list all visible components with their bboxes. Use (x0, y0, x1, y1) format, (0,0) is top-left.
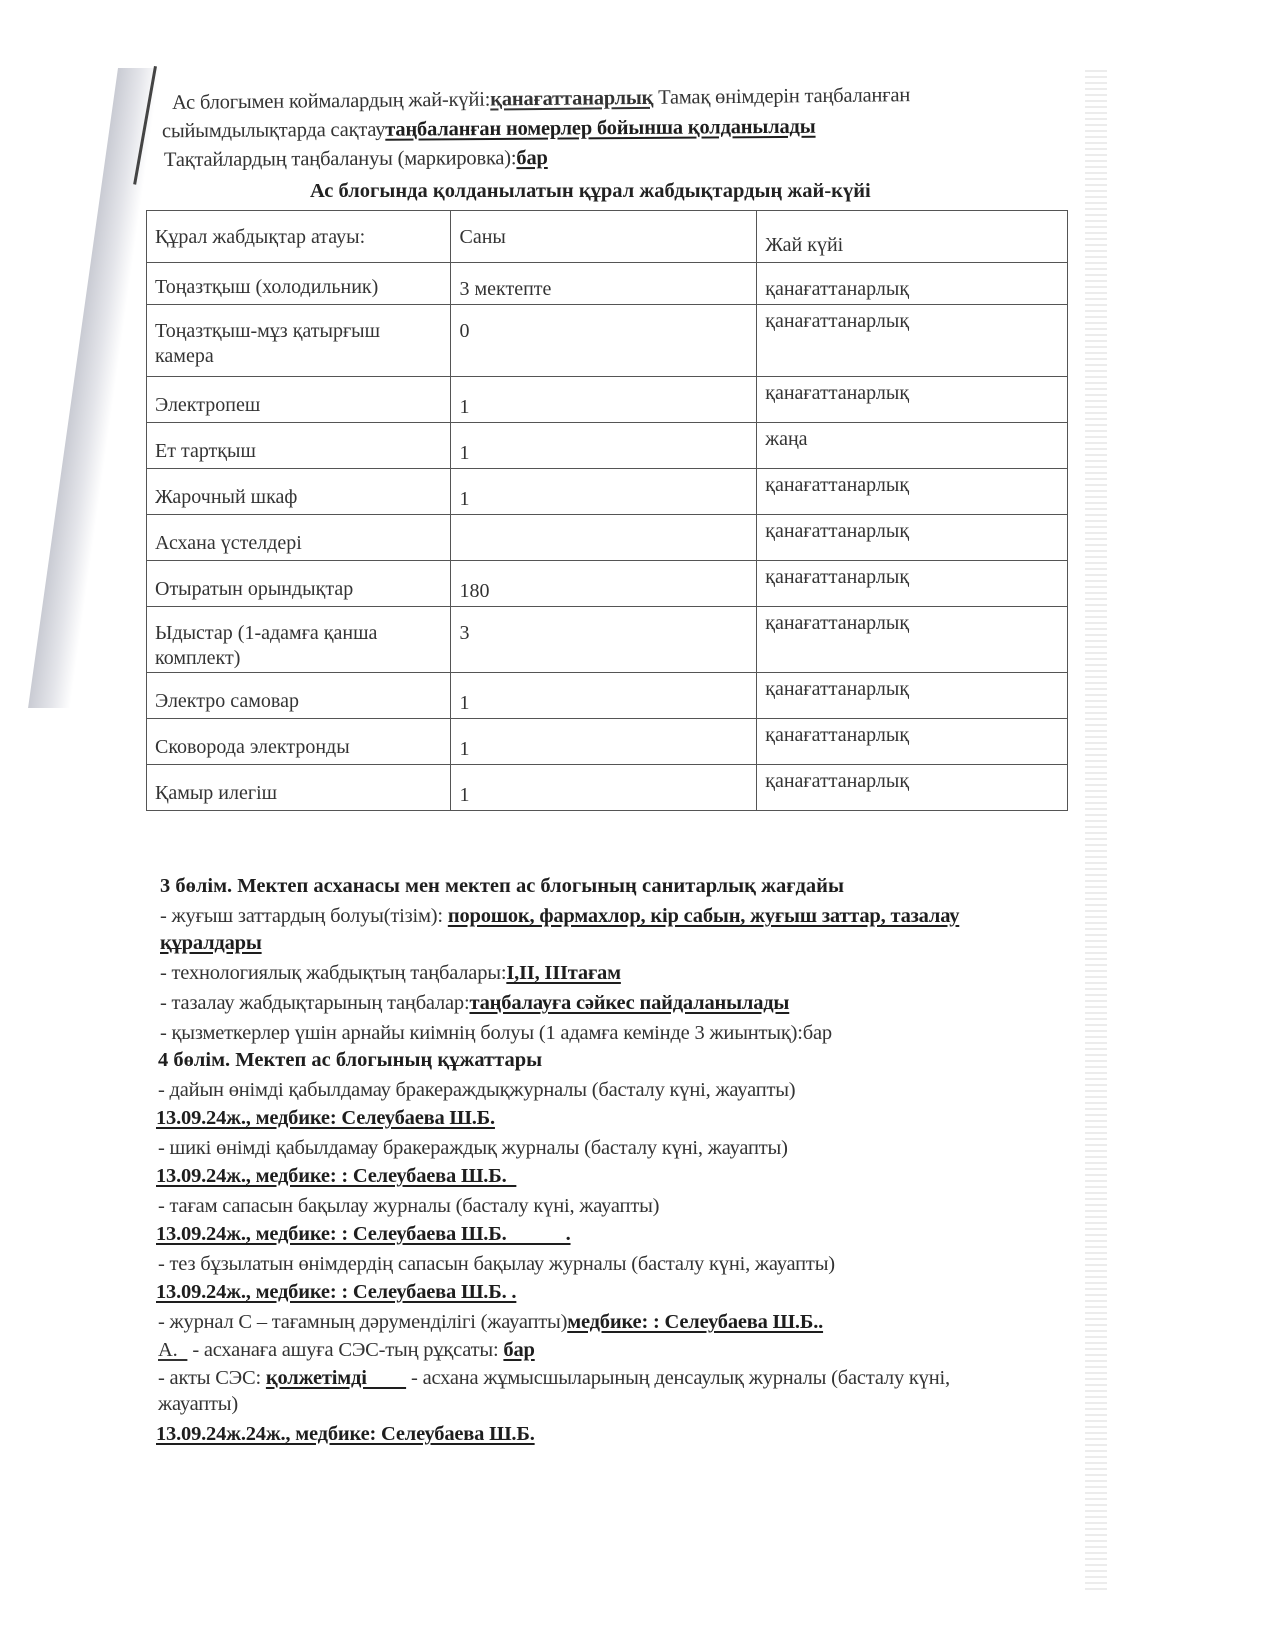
equipment-qty: 1 (451, 765, 757, 811)
cleaning-marking-label: - тазалау жабдықтарының таңбалар: (160, 992, 469, 1014)
equipment-name: Электро самовар (147, 673, 451, 719)
equipment-table: Құрал жабдықтар атауы: Саны Жай күйі Тоң… (146, 210, 1068, 811)
equipment-name: Асхана үстелдері (147, 515, 451, 561)
equipment-table-title: Ас блогында қолданылатын құрал жабдықтар… (310, 180, 871, 203)
detergents-value-cont: құралдары (160, 932, 262, 954)
equipment-qty: 1 (451, 719, 757, 765)
ses-act-value: қолжетімді (266, 1367, 406, 1389)
table-header-row: Құрал жабдықтар атауы: Саны Жай күйі (147, 211, 1068, 263)
equipment-name: Электропеш (147, 377, 451, 423)
ses-permit-prefix: А. (158, 1339, 187, 1361)
ses-permit-value: бар (503, 1339, 534, 1361)
equipment-state: қанағаттанарлық (757, 515, 1068, 561)
equipment-state: қанағаттанарлық (757, 377, 1068, 423)
scan-page-fold-shadow (28, 68, 160, 708)
equipment-state: қанағаттанарлық (757, 719, 1068, 765)
tech-marking-label: - технологиялық жабдықтың таңбалары: (160, 962, 506, 984)
doc-ses-permit: А. - асханаға ашуға СЭС-тың рұқсаты: бар (158, 1337, 535, 1363)
equipment-state: қанағаттанарлық (757, 305, 1068, 377)
header-state: Жай күйі (757, 211, 1068, 263)
equipment-state: қанағаттанарлық (757, 469, 1068, 515)
doc-raw-product-value: 13.09.24ж., медбике: : Селеубаева Ш.Б. (156, 1163, 516, 1189)
equipment-name: Ет тартқыш (147, 423, 451, 469)
equipment-name: Отыратын орындықтар (147, 561, 451, 607)
tech-marking-value: I,II, IIIтағам (506, 962, 621, 984)
section-4-title: 4 бөлім. Мектеп ас блогының құжаттары (158, 1049, 542, 1072)
equipment-qty: 1 (451, 673, 757, 719)
vitamin-label: - журнал С – тағамның дәрумендiлiгi (жау… (158, 1311, 567, 1333)
perishable-value: 13.09.24ж., медбике: : Селеубаева Ш.Б. . (156, 1281, 516, 1303)
equipment-name: Ыдыстар (1-адамға қанша комплект) (147, 607, 451, 673)
equipment-name: Жарочный шкаф (147, 469, 451, 515)
containers-value: таңбаланған номерлер бойынша қолданылады (385, 116, 815, 141)
table-row: Қамыр илегіш1қанағаттанарлық (147, 765, 1068, 811)
equipment-qty: 1 (451, 377, 757, 423)
section3-cleaning-marking: - тазалау жабдықтарының таңбалар:таңбала… (160, 990, 789, 1016)
equipment-state: қанағаттанарлық (757, 765, 1068, 811)
boards-label: Тақтайлардың таңбалануы (маркировка): (164, 147, 517, 171)
boards-value: бар (516, 147, 547, 169)
table-row: Электро самовар1қанағаттанарлық (147, 673, 1068, 719)
doc-ses-act-cont: жауапты) (158, 1391, 238, 1417)
section3-tech-marking: - технологиялық жабдықтың таңбалары:I,II… (160, 960, 621, 986)
storage-value: қанағаттанарлық (490, 87, 653, 111)
table-row: Ет тартқыш1жаңа (147, 423, 1068, 469)
equipment-name: Сковорода электронды (147, 719, 451, 765)
doc-perishable-label: - тез бұзылатын өнімдердің сапасын бақыл… (158, 1251, 835, 1277)
table-row: Тоңазтқыш-мұз қатырғыш камера0қанағаттан… (147, 305, 1068, 377)
doc-raw-product-label: - шикі өнімді қабылдамау бракераждық жур… (158, 1135, 788, 1161)
section3-detergents-cont: құралдары (160, 930, 262, 956)
ready-product-value: 13.09.24ж., медбике: Селеубаева Ш.Б. (156, 1107, 495, 1129)
doc-ready-product-label: - дайын өнімді қабылдамау бракераждықжур… (158, 1077, 795, 1103)
cleaning-marking-value: таңбалауға сәйкес пайдаланылады (469, 992, 789, 1014)
equipment-state: қанағаттанарлық (757, 561, 1068, 607)
intro-line-storage: Ас блогымен коймалардың жай-күйі:қанағат… (172, 82, 910, 116)
containers-label: сыйымдылықтарда сақтау (162, 119, 385, 143)
doc-health-journal-value: 13.09.24ж.24ж., медбике: Селеубаева Ш.Б. (156, 1421, 535, 1447)
food-quality-value: 13.09.24ж., медбике: : Селеубаева Ш.Б. . (156, 1223, 571, 1245)
equipment-qty: 180 (451, 561, 757, 607)
vitamin-value: медбике: : Селеубаева Ш.Б.. (567, 1311, 823, 1333)
ses-act-label: - акты СЭС: (158, 1367, 266, 1389)
health-journal-value: 13.09.24ж.24ж., медбике: Селеубаева Ш.Б. (156, 1423, 535, 1445)
equipment-qty: 3 (451, 607, 757, 673)
equipment-name: Қамыр илегіш (147, 765, 451, 811)
health-journal-label: - асхана жұмысшыларының денсаулық журнал… (406, 1367, 950, 1389)
table-row: Ыдыстар (1-адамға қанша комплект)3қанаға… (147, 607, 1068, 673)
header-qty: Саны (451, 211, 757, 263)
table-row: Отыратын орындықтар180қанағаттанарлық (147, 561, 1068, 607)
workwear-label: - қызметкерлер үшін арнайы киімнің болуы… (160, 1022, 803, 1044)
equipment-name: Тоңазтқыш-мұз қатырғыш камера (147, 305, 451, 377)
doc-ready-product-value: 13.09.24ж., медбике: Селеубаева Ш.Б. (156, 1105, 495, 1131)
storage-tail: Тамақ өнімдерін таңбаланған (653, 84, 910, 109)
ses-permit-label: - асханаға ашуға СЭС-тың рұқсаты: (187, 1339, 503, 1361)
section3-workwear: - қызметкерлер үшін арнайы киімнің болуы… (160, 1020, 832, 1046)
equipment-qty (451, 515, 757, 561)
doc-food-quality-label: - тағам сапасын бақылау журналы (басталу… (158, 1193, 659, 1219)
equipment-state: қанағаттанарлық (757, 263, 1068, 305)
equipment-qty: 1 (451, 423, 757, 469)
intro-line-containers: сыйымдылықтарда сақтаутаңбаланған номерл… (162, 114, 816, 145)
doc-ses-act: - акты СЭС: қолжетімді - асхана жұмысшыл… (158, 1365, 950, 1391)
detergents-value: порошок, фармахлор, кір сабын, жуғыш зат… (448, 905, 959, 927)
workwear-value: бар (803, 1022, 832, 1044)
equipment-qty: 3 мектепте (451, 263, 757, 305)
intro-line-boards: Тақтайлардың таңбалануы (маркировка):бар (164, 145, 548, 173)
doc-perishable-value: 13.09.24ж., медбике: : Селеубаева Ш.Б. . (156, 1279, 516, 1305)
table-row: Сковорода электронды1қанағаттанарлық (147, 719, 1068, 765)
equipment-qty: 1 (451, 469, 757, 515)
equipment-state: қанағаттанарлық (757, 673, 1068, 719)
section-3-title: 3 бөлім. Мектеп асханасы мен мектеп ас б… (160, 875, 844, 898)
detergents-label: - жуғыш заттардың болуы(тізім): (160, 905, 448, 927)
equipment-name: Тоңазтқыш (холодильник) (147, 263, 451, 305)
scan-edge-noise (1085, 70, 1107, 1590)
equipment-state: қанағаттанарлық (757, 607, 1068, 673)
raw-product-value: 13.09.24ж., медбике: : Селеубаева Ш.Б. (156, 1165, 516, 1187)
doc-vitamin: - журнал С – тағамның дәрумендiлiгi (жау… (158, 1309, 823, 1335)
table-row: Электропеш1қанағаттанарлық (147, 377, 1068, 423)
table-row: Жарочный шкаф1қанағаттанарлық (147, 469, 1068, 515)
header-name: Құрал жабдықтар атауы: (147, 211, 451, 263)
equipment-qty: 0 (451, 305, 757, 377)
table-row: Тоңазтқыш (холодильник)3 мектептеқанағат… (147, 263, 1068, 305)
section3-detergents: - жуғыш заттардың болуы(тізім): порошок,… (160, 903, 959, 929)
equipment-state: жаңа (757, 423, 1068, 469)
table-row: Асхана үстелдеріқанағаттанарлық (147, 515, 1068, 561)
doc-food-quality-value: 13.09.24ж., медбике: : Селеубаева Ш.Б. . (156, 1221, 571, 1247)
storage-label: Ас блогымен коймалардың жай-күйі: (172, 89, 490, 114)
